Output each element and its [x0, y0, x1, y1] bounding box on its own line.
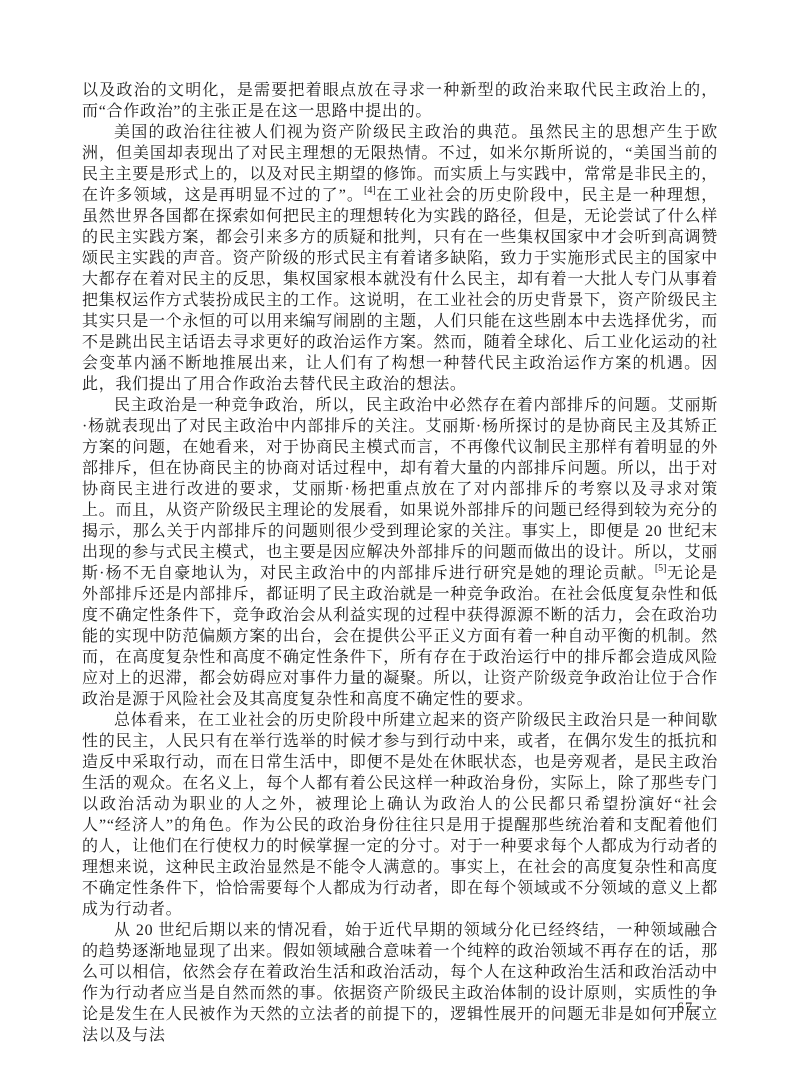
citation-marker: [5] — [655, 563, 667, 574]
paragraph-text: 在工业社会的历史阶段中，民主是一种理想，虽然世界各国都在探索如何把民主的理想转化… — [82, 187, 718, 393]
paragraph: 以及政治的文明化，是需要把着眼点放在寻求一种新型的政治来取代民主政治上的，而“合… — [82, 80, 718, 122]
paragraph-text: 无论是外部排斥还是内部排斥，都证明了民主政治就是一种竞争政治。在社会低度复杂性和… — [82, 565, 718, 708]
page-body-text: 以及政治的文明化，是需要把着眼点放在寻求一种新型的政治来取代民主政治上的，而“合… — [82, 80, 718, 1046]
paragraph-text: 以及政治的文明化，是需要把着眼点放在寻求一种新型的政治来取代民主政治上的，而“合… — [82, 82, 718, 120]
scanned-page: 以及政治的文明化，是需要把着眼点放在寻求一种新型的政治来取代民主政治上的，而“合… — [0, 0, 793, 1077]
paragraph: 民主政治是一种竞争政治，所以，民主政治中必然存在着内部排斥的问题。艾丽斯·杨就表… — [82, 395, 718, 710]
paragraph-text: 从 20 世纪后期以来的情况看，始于近代早期的领域分化已经终结，一种领域融合的趋… — [82, 922, 718, 1044]
citation-marker: [4] — [364, 185, 376, 196]
paragraph: 美国的政治往往被人们视为资产阶级民主政治的典范。虽然民主的思想产生于欧洲，但美国… — [82, 122, 718, 395]
paragraph: 总体看来，在工业社会的历史阶段中所建立起来的资产阶级民主政治只是一种间歇性的民主… — [82, 710, 718, 920]
paragraph-text: 民主政治是一种竞争政治，所以，民主政治中必然存在着内部排斥的问题。艾丽斯·杨就表… — [82, 397, 718, 582]
paragraph-text: 总体看来，在工业社会的历史阶段中所建立起来的资产阶级民主政治只是一种间歇性的民主… — [82, 712, 718, 918]
page-number: · 67 · — [630, 1000, 740, 1017]
paragraph: 从 20 世纪后期以来的情况看，始于近代早期的领域分化已经终结，一种领域融合的趋… — [82, 920, 718, 1046]
